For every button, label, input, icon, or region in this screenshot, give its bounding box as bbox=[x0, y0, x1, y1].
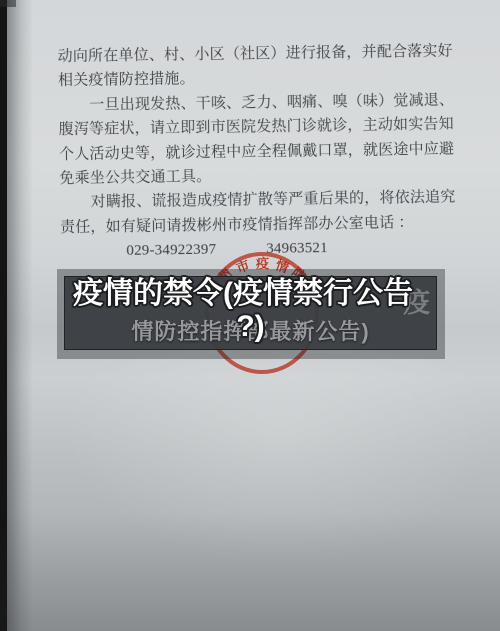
photo-corner-mark bbox=[0, 0, 16, 7]
photo-bottom-vignette bbox=[0, 511, 500, 631]
caption-title-line2: ?) bbox=[65, 311, 436, 343]
caption-title-line1: 疫情的禁令(疫情禁行公告 bbox=[73, 278, 413, 310]
phone-number-office: 029-34922397 bbox=[126, 242, 216, 259]
caption-bar: 疫 情防控指挥部最新公告) 疫情的禁令(疫情禁行公告 ?) bbox=[64, 276, 437, 350]
document-text: 动向所在单位、村、小区（社区）进行报备，并配合落实好 相关疫情防控措施。 一旦出… bbox=[57, 39, 460, 264]
caption-overlay: 疫 情防控指挥部最新公告) 疫情的禁令(疫情禁行公告 ?) bbox=[57, 269, 445, 359]
photo-epidemic-notice: 动向所在单位、村、小区（社区）进行报备，并配合落实好 相关疫情防控措施。 一旦出… bbox=[0, 0, 500, 631]
